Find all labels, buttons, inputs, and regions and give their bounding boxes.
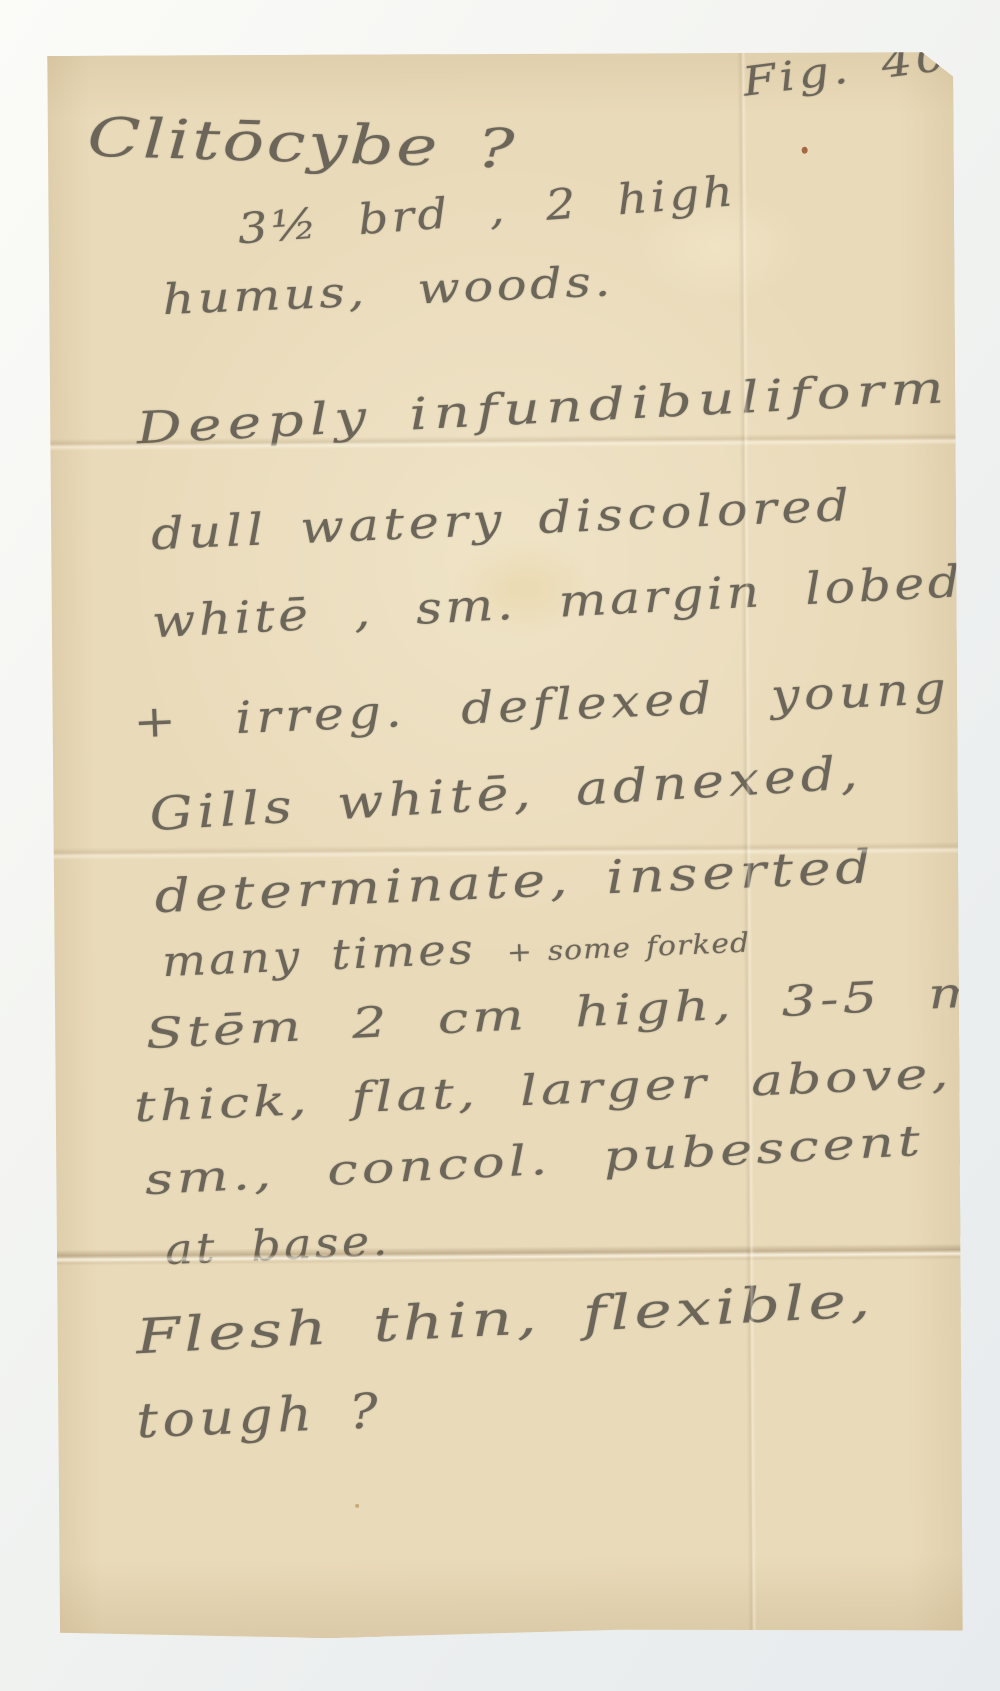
rust-speck: [802, 147, 808, 154]
handwritten-line-cap-surface: dull watery discolored: [150, 482, 854, 560]
handwritten-line-stem-base: at base.: [164, 1218, 391, 1274]
paper-speck: [355, 1504, 359, 1508]
handwritten-line-margin-detail: + irreg. deflexed young: [132, 665, 951, 748]
handwritten-line-stem-surface: sm., concol. pubescent -: [144, 1114, 1000, 1203]
handwritten-line-cap-shape: Deeply infundibuliform: [135, 364, 951, 454]
gills-forking-annotation: + some forked: [506, 928, 750, 969]
genus-title: Clitōcybe ?: [87, 108, 518, 179]
handwritten-line-gills: Gills whitē, adnexed,: [148, 747, 863, 840]
handwritten-line-gills-forking: many times+ some forked: [161, 915, 751, 986]
figure-number-label: Fig. 40: [740, 34, 952, 104]
handwritten-line-dimensions: 3½ brd , 2 high: [236, 168, 738, 252]
handwritten-line-stem-shape: thick, flat, larger above,: [133, 1050, 953, 1130]
handwritten-line-cap-color-margin: whitē , sm. margin lobed: [151, 558, 965, 647]
handwritten-line-flesh: Flesh thin, flexible,: [135, 1274, 875, 1364]
handwritten-line-flesh-texture: tough ?: [135, 1385, 383, 1448]
note-paper: Fig. 40 Clitōcybe ? 3½ brd , 2 high humu…: [45, 50, 964, 1640]
scan-background: Fig. 40 Clitōcybe ? 3½ brd , 2 high humu…: [0, 0, 1000, 1691]
gills-forking-main: many times: [161, 924, 477, 986]
handwritten-line-habitat: humus, woods.: [162, 258, 615, 323]
handwritten-line-gills-detail: determinate, inserted: [154, 841, 877, 922]
